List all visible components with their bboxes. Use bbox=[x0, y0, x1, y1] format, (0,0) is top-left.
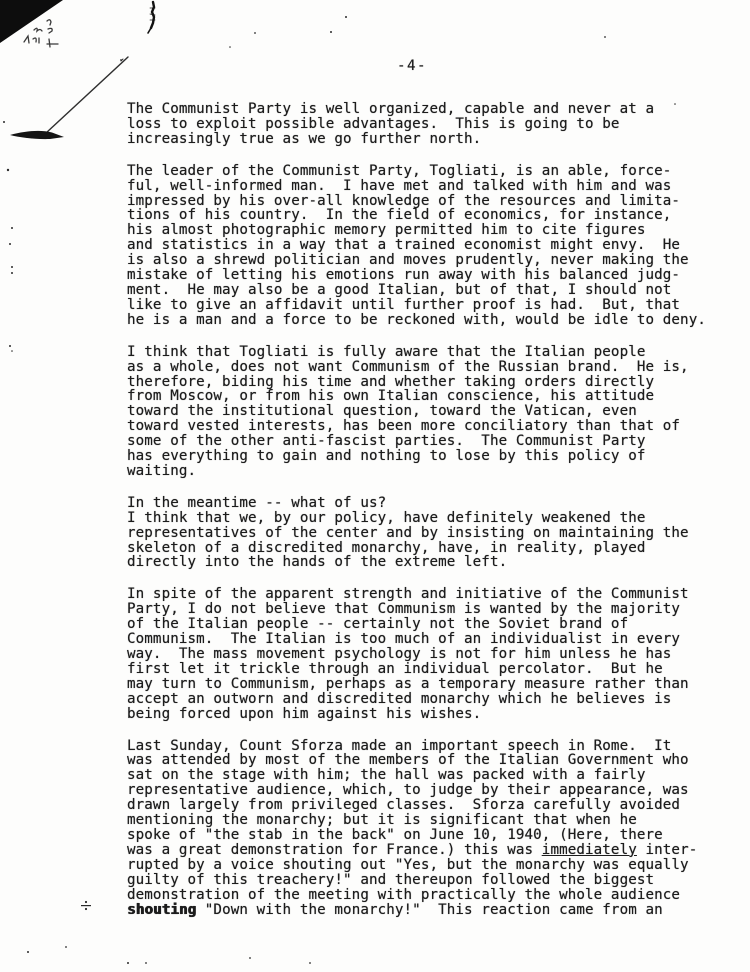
text-line: was attended by most of the members of t… bbox=[127, 753, 717, 768]
text-line: shouting "Down with the monarchy!" This … bbox=[127, 903, 717, 918]
paragraph: Last Sunday, Count Sforza made an import… bbox=[127, 739, 717, 918]
text-line: The leader of the Communist Party, Togli… bbox=[127, 164, 717, 179]
text-line: being forced upon him against his wishes… bbox=[127, 707, 717, 722]
text-line: directly into the hands of the extreme l… bbox=[127, 555, 717, 570]
text-line: therefore, biding his time and whether t… bbox=[127, 375, 717, 390]
paragraph: In spite of the apparent strength and in… bbox=[127, 587, 717, 721]
text-line: In the meantime -- what of us? bbox=[127, 496, 717, 511]
text-line: rupted by a voice shouting out "Yes, but… bbox=[127, 858, 717, 873]
text-line: The Communist Party is well organized, c… bbox=[127, 102, 717, 117]
text-line: like to give an affidavit until further … bbox=[127, 298, 717, 313]
text-line: is also a shrewd politician and moves pr… bbox=[127, 253, 717, 268]
text-line: mistake of letting his emotions run away… bbox=[127, 268, 717, 283]
text-line: Communism. The Italian is too much of an… bbox=[127, 632, 717, 647]
text-line: as a whole, does not want Communism of t… bbox=[127, 360, 717, 375]
pencil-streak bbox=[10, 131, 64, 139]
text-line: In spite of the apparent strength and in… bbox=[127, 587, 717, 602]
paragraph: The Communist Party is well organized, c… bbox=[127, 102, 717, 147]
text-line: of the Italian people -- certainly not t… bbox=[127, 617, 717, 632]
text-line: Last Sunday, Count Sforza made an import… bbox=[127, 739, 717, 754]
text-line: skeleton of a discredited monarchy, have… bbox=[127, 541, 717, 556]
stray-pen-mark bbox=[81, 901, 91, 910]
text-line: impressed by his over-all knowledge of t… bbox=[127, 194, 717, 209]
paragraph: The leader of the Communist Party, Togli… bbox=[127, 164, 717, 328]
text-line: Party, I do not believe that Communism i… bbox=[127, 602, 717, 617]
text-line: ment. He may also be a good Italian, but… bbox=[127, 283, 717, 298]
text-line: spoke of "the stab in the back" on June … bbox=[127, 828, 717, 843]
paragraph: I think that Togliati is fully aware tha… bbox=[127, 345, 717, 479]
text-line: from Moscow, or from his own Italian con… bbox=[127, 389, 717, 404]
paragraph: In the meantime -- what of us?I think th… bbox=[127, 496, 717, 571]
pen-vertical-mark bbox=[148, 2, 155, 33]
text-line: way. The mass movement psychology is not… bbox=[127, 647, 717, 662]
text-line: some of the other anti-fascist parties. … bbox=[127, 434, 717, 449]
text-line: toward vested interests, has been more c… bbox=[127, 419, 717, 434]
text-line: increasingly true as we go further north… bbox=[127, 132, 717, 147]
underlined-word: immediately bbox=[542, 842, 637, 858]
text-line: mentioning the monarchy; but it is signi… bbox=[127, 813, 717, 828]
text-line: first let it trickle through an individu… bbox=[127, 662, 717, 677]
text-line: his almost photographic memory permitted… bbox=[127, 223, 717, 238]
text-line: may turn to Communism, perhaps as a temp… bbox=[127, 677, 717, 692]
text-line: ful, well-informed man. I have met and t… bbox=[127, 179, 717, 194]
scan-corner-fold-shadow bbox=[0, 0, 63, 43]
text-line: demonstration of the meeting with practi… bbox=[127, 888, 717, 903]
overstruck-word: shouting bbox=[127, 902, 196, 918]
text-line: loss to exploit possible advantages. Thi… bbox=[127, 117, 717, 132]
text-line: sat on the stage with him; the hall was … bbox=[127, 768, 717, 783]
text-line: he is a man and a force to be reckoned w… bbox=[127, 313, 717, 328]
text-line: has everything to gain and nothing to lo… bbox=[127, 449, 717, 464]
pencil-scribble bbox=[24, 20, 58, 47]
document-body: The Communist Party is well organized, c… bbox=[127, 102, 717, 917]
text-line: was a great demonstration for France.) t… bbox=[127, 843, 717, 858]
text-line: waiting. bbox=[127, 464, 717, 479]
text-line: representatives of the center and by ins… bbox=[127, 526, 717, 541]
document-page: -4- The Communist Party is well organize… bbox=[0, 0, 750, 972]
text-line: guilty of this treachery!" and thereupon… bbox=[127, 873, 717, 888]
text-line: drawn largely from privileged classes. S… bbox=[127, 798, 717, 813]
text-line: toward the institutional question, towar… bbox=[127, 404, 717, 419]
page-number: -4- bbox=[127, 58, 697, 74]
text-line: tions of his country. In the field of ec… bbox=[127, 208, 717, 223]
text-line: I think that Togliati is fully aware tha… bbox=[127, 345, 717, 360]
text-line: representative audience, which, to judge… bbox=[127, 783, 717, 798]
text-line: and statistics in a way that a trained e… bbox=[127, 238, 717, 253]
pencil-diagonal-line bbox=[46, 57, 128, 133]
text-line: I think that we, by our policy, have def… bbox=[127, 511, 717, 526]
text-line: accept an outworn and discredited monarc… bbox=[127, 692, 717, 707]
